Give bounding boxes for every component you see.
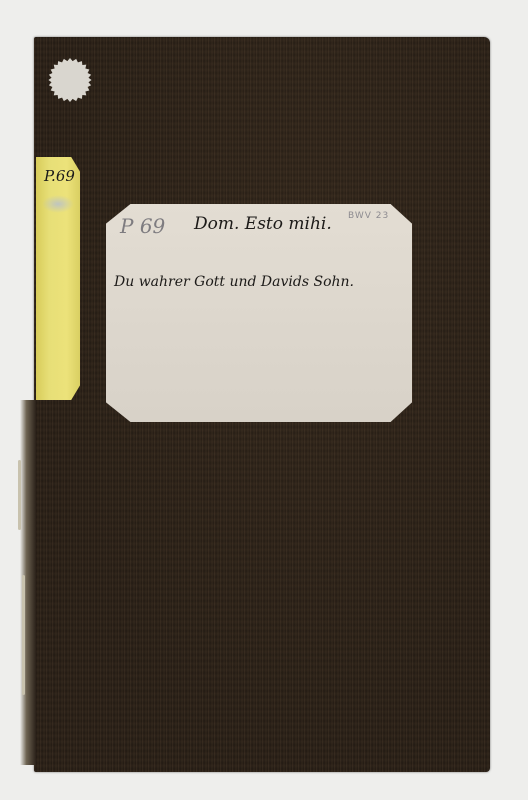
ink-smudge (42, 195, 74, 213)
spine-shelfmark: P.69 (44, 167, 75, 185)
binding-thread (22, 575, 25, 695)
catalog-note: BWV 23 (348, 211, 389, 221)
pencil-shelfmark: P 69 (120, 214, 165, 238)
label-heading: Dom. Esto mihi. (194, 214, 332, 234)
binding-thread (18, 460, 21, 530)
work-title: Du wahrer Gott und Davids Sohn. (114, 274, 354, 290)
title-label: P 69 Dom. Esto mihi. BWV 23 Du wahrer Go… (106, 204, 412, 422)
spine-label: P.69 (36, 157, 80, 400)
